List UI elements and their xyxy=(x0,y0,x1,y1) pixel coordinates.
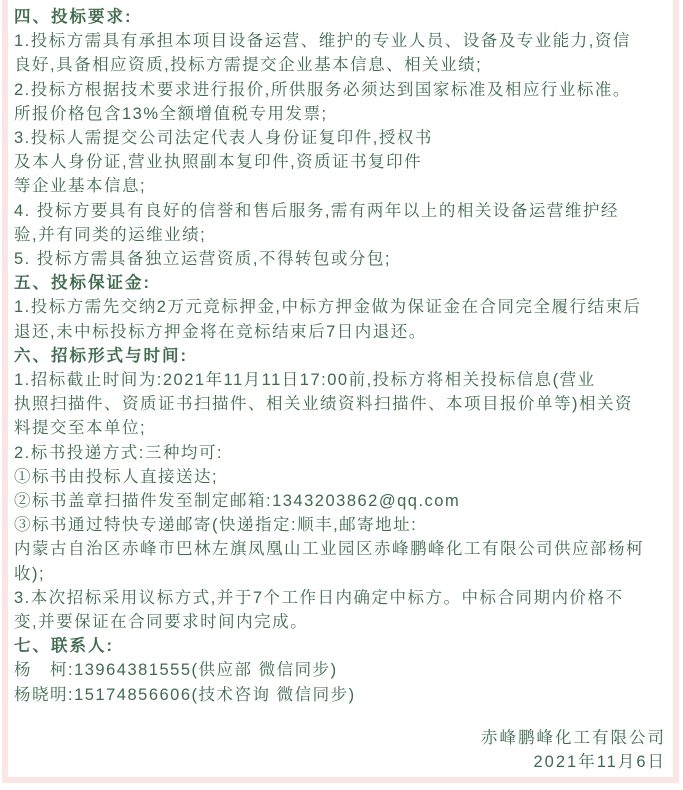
text-line-mailing-address: 内蒙古自治区赤峰市巴林左旗凤凰山工业园区赤峰鹏峰化工有限公司供应部杨柯 xyxy=(14,537,666,561)
text-line: 5. 投标方需具备独立运营资质,不得转包或分包; xyxy=(14,247,666,271)
text-line-contact-phone-2: 杨晓明:15174856606(技术咨询 微信同步) xyxy=(14,683,666,707)
text-line-delivery-option-3: ③标书通过特快专递邮寄(快递指定:顺丰,邮寄地址: xyxy=(14,513,666,537)
text-line: 良好,具备相应资质,投标方需提交企业基本信息、相关业绩; xyxy=(14,53,666,77)
text-line: 等企业基本信息; xyxy=(14,174,666,198)
blank-space xyxy=(14,707,666,726)
text-line: 2.标书投递方式:三种均可: xyxy=(14,441,666,465)
text-line: 验,并有同类的运维业绩; xyxy=(14,223,666,247)
text-line: 1.招标截止时间为:2021年11月11日17:00前,投标方将相关投标信息(营… xyxy=(14,368,666,392)
text-line: 4. 投标方要具有良好的信誉和售后服务,需有两年以上的相关设备运营维护经 xyxy=(14,199,666,223)
text-line: 料提交至本单位; xyxy=(14,416,666,440)
section-heading-bid-requirements: 四、投标要求: xyxy=(14,5,666,29)
text-line-contact-phone-1: 杨 柯:13964381555(供应部 微信同步) xyxy=(14,658,666,682)
text-line: 3.本次招标采用议标方式,并于7个工作日内确定中标方。中标合同期内价格不 xyxy=(14,586,666,610)
signature-date: 2021年11月6日 xyxy=(14,750,666,774)
document-content: 四、投标要求: 1.投标方需具有承担本项目设备运营、维护的专业人员、设备及专业能… xyxy=(14,5,666,774)
text-line: 2.投标方根据技术要求进行报价,所供服务必须达到国家标准及相应行业标准。 xyxy=(14,78,666,102)
text-line: 所报价格包含13%全额增值税专用发票; xyxy=(14,102,666,126)
document-page: 四、投标要求: 1.投标方需具有承担本项目设备运营、维护的专业人员、设备及专业能… xyxy=(0,0,683,790)
text-line: 1.投标方需先交纳2万元竞标押金,中标方押金做为保证金在合同完全履行结束后 xyxy=(14,295,666,319)
text-line: 3.投标人需提交公司法定代表人身份证复印件,授权书 xyxy=(14,126,666,150)
text-line: 1.投标方需具有承担本项目设备运营、维护的专业人员、设备及专业能力,资信 xyxy=(14,29,666,53)
text-line: 变,并要保证在合同要求时间内完成。 xyxy=(14,610,666,634)
text-line: 及本人身份证,营业执照副本复印件,资质证书复印件 xyxy=(14,150,666,174)
text-line-delivery-option-2-email: ②标书盖章扫描件发至制定邮箱:1343203862@qq.com xyxy=(14,489,666,513)
text-line-delivery-option-1: ①标书由投标人直接送达; xyxy=(14,465,666,489)
section-heading-tender-form-time: 六、招标形式与时间: xyxy=(14,344,666,368)
signature-company: 赤峰鹏峰化工有限公司 xyxy=(14,726,666,750)
section-heading-bid-deposit: 五、投标保证金: xyxy=(14,271,666,295)
text-line: 执照扫描件、资质证书扫描件、相关业绩资料扫描件、本项目报价单等)相关资 xyxy=(14,392,666,416)
section-heading-contacts: 七、联系人: xyxy=(14,634,666,658)
text-line: 退还,未中标投标方押金将在竞标结束后7日内退还。 xyxy=(14,320,666,344)
text-line: 收); xyxy=(14,562,666,586)
